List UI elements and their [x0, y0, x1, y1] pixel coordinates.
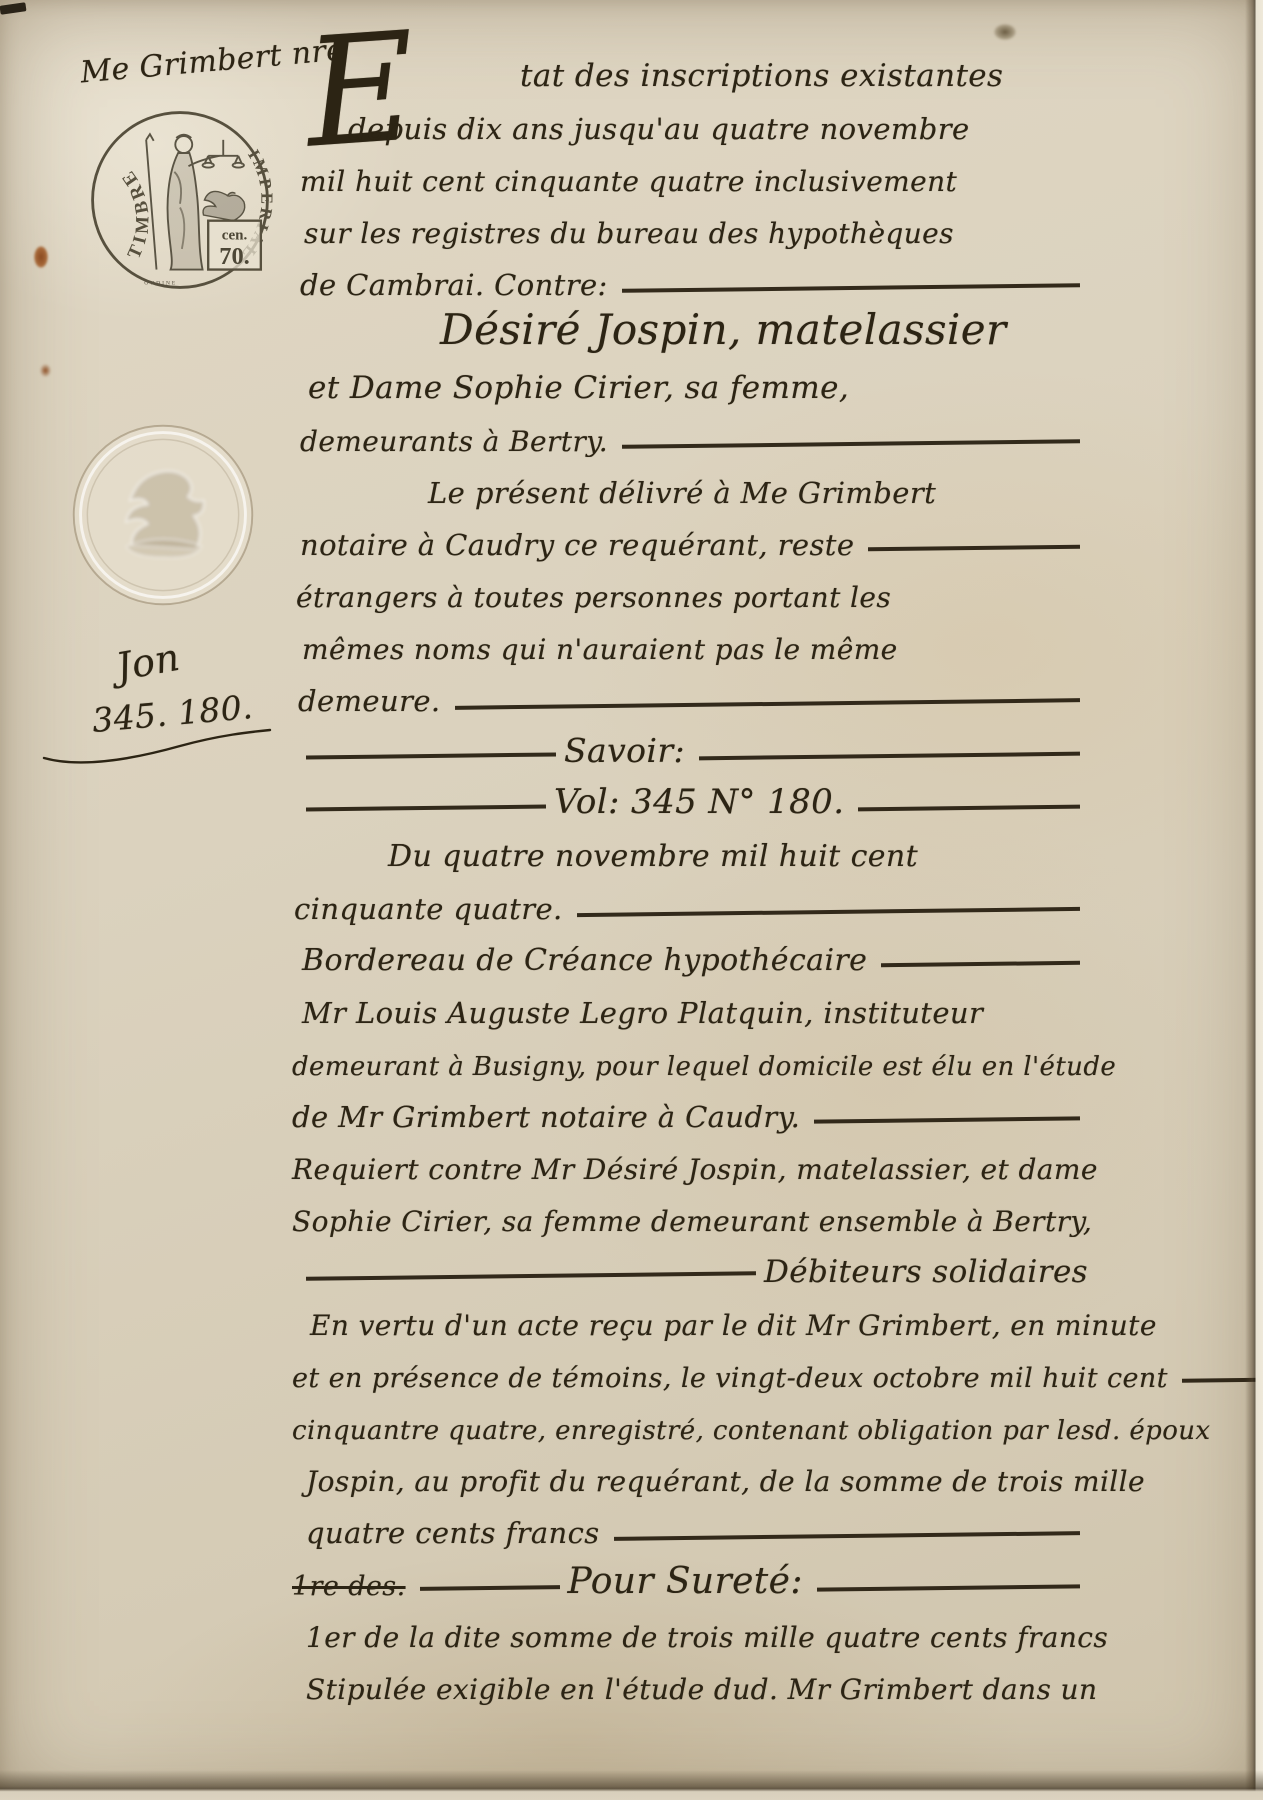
rule-line: [614, 1531, 1080, 1541]
text-line: cinquante quatre.: [294, 892, 563, 926]
rule-line: [622, 439, 1080, 449]
flourish-underline: [40, 724, 276, 768]
line-sum: quatre cents francs: [306, 1516, 600, 1550]
line-struck-text: 1re des.: [292, 1571, 406, 1602]
denomination-label: cen.: [222, 227, 248, 243]
text-line: demeurant à Busigny, pour lequel domicil…: [292, 1052, 1116, 1082]
text-row: étrangers à toutes personnes portant les: [292, 562, 1088, 614]
scan-edge-right: [1245, 0, 1263, 1800]
text-line: mil huit cent cinquante quatre inclusive…: [300, 165, 957, 198]
text-line: sur les registres du bureau des hypothèq…: [304, 217, 954, 250]
text-row: notaire à Caudry ce requérant, reste: [292, 510, 1088, 562]
text-line: Requiert contre Mr Désiré Jospin, matela…: [292, 1153, 1098, 1186]
line-pour-surete-heading: Pour Sureté:: [568, 1561, 803, 1602]
text-row: Vol: 345 N° 180.: [292, 770, 1088, 822]
eagle-icon: [203, 191, 245, 220]
text-line: et en présence de témoins, le vingt-deux…: [292, 1363, 1168, 1394]
text-row: et en présence de témoins, le vingt-deux…: [292, 1342, 1088, 1394]
text-row: Mr Louis Auguste Legro Platquin, institu…: [292, 978, 1088, 1030]
rule-line: [420, 1585, 560, 1591]
rule-line: [306, 1271, 756, 1280]
text-line: Jospin, au profit du requérant, de la so…: [306, 1465, 1145, 1498]
text-row: demeurants à Bertry.: [292, 406, 1088, 458]
text-row: cinquantre quatre, enregistré, contenant…: [292, 1394, 1088, 1446]
line-bordereau-heading: Bordereau de Créance hypothécaire: [302, 943, 867, 978]
text-row: mil huit cent cinquante quatre inclusive…: [292, 146, 1088, 198]
text-line: demeure.: [298, 684, 441, 718]
rule-line: [858, 805, 1080, 812]
text-row: Du quatre novembre mil huit cent: [292, 822, 1088, 874]
scan-corner-mark: [0, 2, 26, 15]
stamp-left-arc-text: TIMBRE: [116, 164, 154, 262]
text-row: de Cambrai. Contre:: [292, 250, 1088, 302]
line-creditor-name: Mr Louis Auguste Legro Platquin, institu…: [302, 996, 983, 1030]
rule-line: [868, 545, 1080, 552]
text-line: cinquantre quatre, enregistré, contenant…: [292, 1416, 1210, 1446]
body-text: E tat des inscriptions existantes depuis…: [292, 36, 1088, 1706]
text-row: Désiré Jospin, matelassier: [292, 302, 1088, 354]
text-row: mêmes noms qui n'auraient pas le même: [292, 614, 1088, 666]
text-row: 1re des. Pour Sureté:: [292, 1550, 1088, 1602]
rule-line: [577, 907, 1080, 917]
text-line: demeurants à Bertry.: [300, 425, 608, 458]
line-savoir-heading: Savoir:: [564, 731, 685, 770]
text-row: Bordereau de Créance hypothécaire: [292, 926, 1088, 978]
scan-edge-bottom: [0, 1770, 1263, 1800]
rule-line: [306, 805, 546, 812]
imperial-stamp: TIMBRE IMPERIAL ce: [86, 106, 274, 294]
svg-text:TIMBRE: TIMBRE: [116, 164, 154, 262]
denomination-value: 70.: [219, 243, 250, 270]
text-row: et Dame Sophie Cirier, sa femme,: [292, 354, 1088, 406]
text-line: mêmes noms qui n'auraient pas le même: [302, 633, 898, 666]
text-line: 1er de la dite somme de trois mille quat…: [306, 1621, 1108, 1654]
rule-line: [699, 752, 1080, 761]
rule-line: [817, 1584, 1080, 1591]
rule-line: [306, 752, 556, 759]
margin-reference-line1: Jon: [113, 635, 183, 689]
denomination-box: cen. 70.: [208, 221, 261, 270]
text-row: Débiteurs solidaires: [292, 1238, 1088, 1290]
text-row: cinquante quatre.: [292, 874, 1088, 926]
line-volume-reference: Vol: 345 N° 180.: [554, 782, 844, 822]
line-debiteurs-solidaires: Débiteurs solidaires: [764, 1254, 1088, 1290]
rule-line: [814, 1116, 1080, 1123]
text-row: En vertu d'un acte reçu par le dit Mr Gr…: [292, 1290, 1088, 1342]
text-row: 1er de la dite somme de trois mille quat…: [292, 1602, 1088, 1654]
text-row: de Mr Grimbert notaire à Caudry.: [292, 1082, 1088, 1134]
text-line: notaire à Caudry ce requérant, reste: [300, 528, 854, 562]
text-line: Stipulée exigible en l'étude dud. Mr Gri…: [306, 1673, 1097, 1706]
text-line: Le présent délivré à Me Grimbert: [428, 476, 936, 510]
text-row: E tat des inscriptions existantes: [292, 36, 1088, 94]
rule-line: [881, 961, 1080, 967]
line-spouse-name: et Dame Sophie Cirier, sa femme,: [308, 370, 849, 406]
text-line: étrangers à toutes personnes portant les: [296, 581, 891, 614]
text-line: depuis dix ans jusqu'au quatre novembre: [348, 112, 970, 146]
text-row: demeure.: [292, 666, 1088, 718]
line-contre: de Cambrai. Contre:: [300, 268, 608, 302]
text-line: de Mr Grimbert notaire à Caudry.: [292, 1100, 800, 1134]
stamp-engraver-text: OUDINE: [144, 281, 177, 287]
paper-stain: [34, 246, 48, 268]
paper-stain: [40, 364, 51, 377]
text-row: quatre cents francs: [292, 1498, 1088, 1550]
document-page: Me Grimbert nre TIMBRE IMPERIAL: [0, 0, 1263, 1800]
text-line: En vertu d'un acte reçu par le dit Mr Gr…: [310, 1309, 1157, 1342]
line-etat: tat des inscriptions existantes: [520, 58, 1003, 94]
text-row: Sophie Cirier, sa femme demeurant ensemb…: [292, 1186, 1088, 1238]
text-row: depuis dix ans jusqu'au quatre novembre: [292, 94, 1088, 146]
text-row: Le présent délivré à Me Grimbert: [292, 458, 1088, 510]
text-row: demeurant à Busigny, pour lequel domicil…: [292, 1030, 1088, 1082]
embossed-seal: [66, 418, 260, 612]
text-row: Jospin, au profit du requérant, de la so…: [292, 1446, 1088, 1498]
text-line: Sophie Cirier, sa femme demeurant ensemb…: [292, 1205, 1092, 1238]
line-date: Du quatre novembre mil huit cent: [388, 839, 918, 874]
rule-line: [622, 283, 1080, 293]
text-row: sur les registres du bureau des hypothèq…: [292, 198, 1088, 250]
text-row: Stipulée exigible en l'étude dud. Mr Gri…: [292, 1654, 1088, 1706]
line-debtor-name: Désiré Jospin, matelassier: [440, 305, 1007, 354]
text-row: Savoir:: [292, 718, 1088, 770]
rule-line: [455, 698, 1080, 710]
scales-icon: [203, 140, 244, 168]
text-row: Requiert contre Mr Désiré Jospin, matela…: [292, 1134, 1088, 1186]
